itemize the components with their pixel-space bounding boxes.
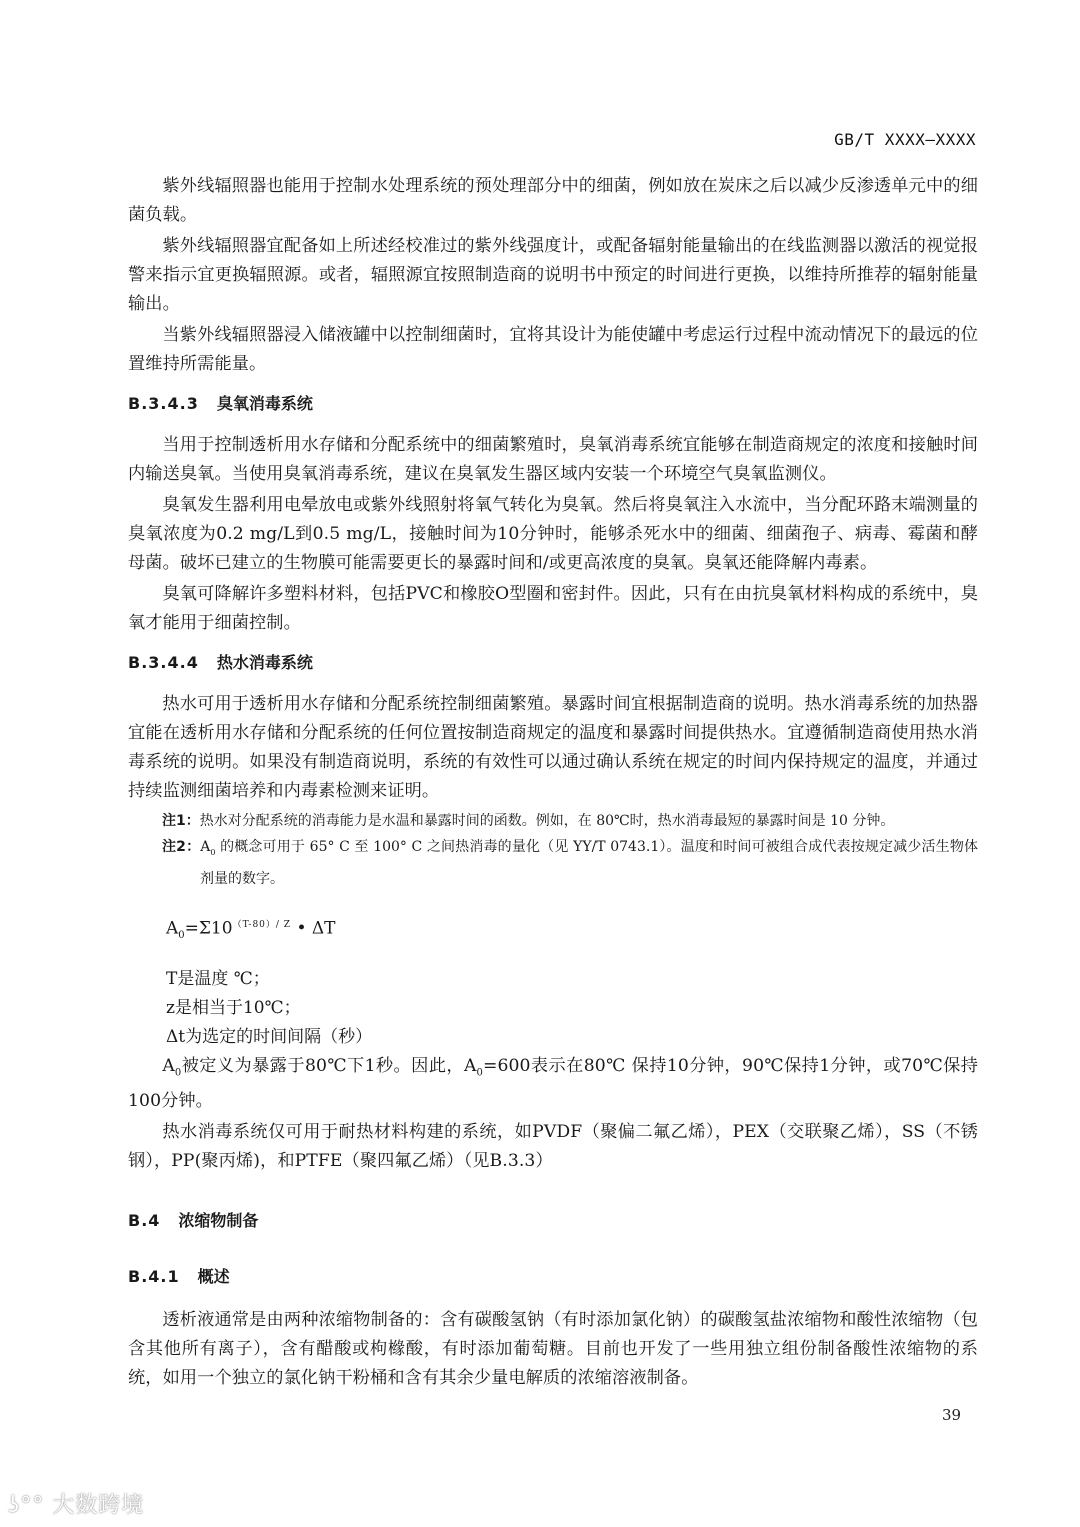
page-number: 39 (942, 1406, 961, 1424)
note-text: 的概念可用于 65° C 至 100° C 之间热消毒的量化（见 YY/T 07… (200, 839, 978, 887)
note-2: 注2：A0 的概念可用于 65° C 至 100° C 之间热消毒的量化（见 Y… (162, 834, 978, 892)
uv-paragraph-1: 紫外线辐照器也能用于控制水处理系统的预处理部分中的细菌，例如放在炭床之后以减少反… (128, 172, 978, 230)
ozone-paragraph-3: 臭氧可降解许多塑料材料，包括PVC和橡胶O型圈和密封件。因此，只有在由抗臭氧材料… (128, 580, 978, 638)
note-1: 注1：热水对分配系统的消毒能力是水温和暴露时间的函数。例如，在 80℃时，热水消… (162, 808, 978, 834)
section-heading-b344: B.3.4.4热水消毒系统 (128, 648, 978, 678)
ozone-paragraph-2: 臭氧发生器利用电晕放电或紫外线照射将氧气转化为臭氧。然后将臭氧注入水流中，当分配… (128, 491, 978, 578)
uv-paragraph-2: 紫外线辐照器宜配备如上所述经校准过的紫外线强度计，或配备辐射能量输出的在线监测器… (128, 232, 978, 319)
section-title: 概述 (198, 1267, 230, 1286)
ozone-paragraph-1: 当用于控制透析用水存储和分配系统中的细菌繁殖时，臭氧消毒系统宜能够在制造商规定的… (128, 431, 978, 489)
hot-water-paragraph-1: 热水可用于透析用水存储和分配系统控制细菌繁殖。暴露时间宜根据制造商的说明。热水消… (128, 690, 978, 806)
definition-item: T是温度 ℃； (166, 965, 978, 994)
section-heading-b4: B.4浓缩物制备 (128, 1206, 978, 1236)
section-heading-b41: B.4.1概述 (128, 1262, 978, 1292)
note-text: 热水对分配系统的消毒能力是水温和暴露时间的函数。例如，在 80℃时，热水消毒最短… (200, 813, 895, 829)
definition-item: Δt为选定的时间间隔（秒） (166, 1023, 978, 1052)
watermark-logo-icon: ʖ°° (8, 1493, 44, 1518)
watermark-text: 大数跨境 (52, 1493, 144, 1518)
note-label: 注1： (162, 813, 200, 829)
section-title: 浓缩物制备 (178, 1211, 258, 1230)
section-number: B.4 (128, 1211, 160, 1230)
standard-code-header: GB/T XXXX—XXXX (834, 130, 976, 149)
a0-definition-paragraph: A0被定义为暴露于80℃下1秒。因此，A0=600表示在80℃ 保持10分钟，9… (128, 1052, 978, 1116)
section-number: B.3.4.4 (128, 653, 199, 672)
definition-item: z是相当于10℃； (166, 994, 978, 1023)
section-title: 臭氧消毒系统 (217, 394, 313, 413)
concentrate-paragraph-1: 透析液通常是由两种浓缩物制备的：含有碳酸氢钠（有时添加氯化钠）的碳酸氢盐浓缩物和… (128, 1306, 978, 1393)
section-heading-b343: B.3.4.3臭氧消毒系统 (128, 389, 978, 419)
materials-paragraph: 热水消毒系统仅可用于耐热材料构建的系统，如PVDF（聚偏二氟乙烯），PEX（交联… (128, 1118, 978, 1176)
section-number: B.3.4.3 (128, 394, 199, 413)
uv-paragraph-3: 当紫外线辐照器浸入储液罐中以控制细菌时，宜将其设计为能使罐中考虑运行过程中流动情… (128, 321, 978, 379)
section-title: 热水消毒系统 (217, 653, 313, 672)
watermark: ʖ°° 大数跨境 (8, 1488, 144, 1519)
document-body: 紫外线辐照器也能用于控制水处理系统的预处理部分中的细菌，例如放在炭床之后以减少反… (128, 172, 978, 1393)
formula-definitions: T是温度 ℃； z是相当于10℃； Δt为选定的时间间隔（秒） (128, 965, 978, 1052)
section-number: B.4.1 (128, 1267, 180, 1286)
note-label: 注2： (162, 839, 200, 855)
formula-exponent: （T-80）/ Z (233, 920, 291, 930)
a0-formula: A0=Σ10（T-80）/ Z • ΔT (166, 910, 978, 951)
